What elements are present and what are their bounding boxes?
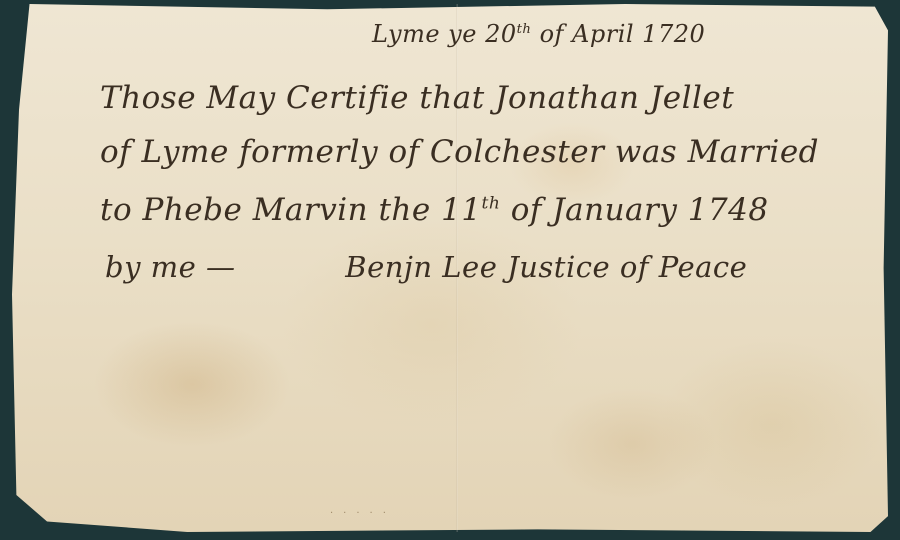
certificate-line-1: Those May Certifie that Jonathan Jellet bbox=[100, 80, 734, 116]
day-suffix: th bbox=[517, 22, 532, 37]
certificate-line-4: by me — Benjn Lee Justice of Peace bbox=[105, 250, 747, 284]
place-text: Lyme ye bbox=[372, 20, 477, 48]
date-line: Lyme ye 20th of April 1720 bbox=[372, 20, 705, 48]
line-3-date: of January 1748 bbox=[500, 192, 768, 228]
paper-marks: ····· bbox=[330, 508, 396, 519]
line-3-suffix: th bbox=[482, 194, 501, 214]
month-year-text: of April 1720 bbox=[540, 20, 706, 48]
line-3-text: to Phebe Marvin the 11 bbox=[100, 192, 482, 228]
certificate-line-3: to Phebe Marvin the 11th of January 1748 bbox=[100, 192, 769, 228]
by-me-text: by me — bbox=[105, 250, 236, 284]
day-text: 20 bbox=[485, 20, 517, 48]
signature: Benjn Lee Justice of Peace bbox=[345, 250, 747, 284]
certificate-line-2: of Lyme formerly of Colchester was Marri… bbox=[100, 134, 819, 170]
